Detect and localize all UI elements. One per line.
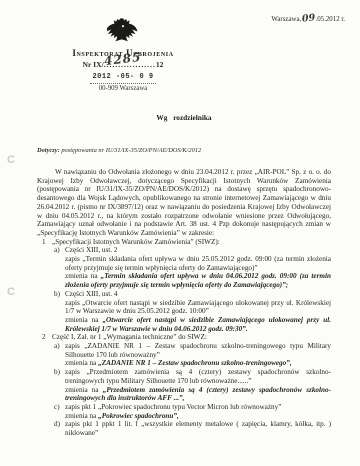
item-zapis: zapis pkt 1 „Pokrowiec spadochronu typu … — [65, 403, 331, 412]
item-change: zmienia na „Termin składania ofert upływ… — [65, 272, 331, 289]
section-2: 2 Część I, Zał. nr 1 „Wymagania technicz… — [37, 333, 331, 437]
list-item-1b: b) Części XIII, ust. 4 zapis „Otwarcie o… — [54, 290, 331, 334]
item-letter: d) — [54, 420, 65, 437]
item-head: Części XIII, ust. 4 — [65, 290, 331, 299]
section-title: Część I, Zał. nr 1 „Wymagania techniczne… — [52, 333, 331, 342]
document-page: Inspektorat Uzbrojenia Nr IX/...........… — [0, 0, 360, 466]
dotted-rule — [90, 83, 156, 84]
scan-hole-mark: C — [7, 286, 15, 298]
item-zapis: zapis pkt 1 ppkt 1 lit. f „wszystkie ele… — [65, 420, 331, 437]
item-change: zmienia na „Otwarcie ofert nastąpi w sie… — [65, 316, 331, 333]
item-letter: b) — [54, 368, 65, 403]
section-number: 1 — [37, 238, 52, 334]
date-stamp: 2012 -05- 0 9 — [28, 73, 218, 81]
list-item-1a: a) Części XIII, ust. 2 zapis „Termin skł… — [54, 246, 331, 290]
item-zapis: zapis „Termin składania ofert upływa w d… — [65, 255, 331, 272]
handwritten-day: 09 — [302, 12, 316, 24]
item-head: Części XIII, ust. 2 — [65, 246, 331, 255]
dateline-rest: .05.2012 r. — [316, 16, 345, 23]
list-item-2b: b) zapis „Przedmiotem zamówienia są 4 (c… — [54, 368, 331, 403]
scan-hole-mark: C — [7, 154, 15, 166]
letterhead: Inspektorat Uzbrojenia Nr IX/...........… — [28, 17, 218, 92]
intro-paragraph: W nawiązaniu do Odwołania złożonego w dn… — [37, 168, 331, 238]
polish-eagle-icon — [28, 17, 218, 47]
item-change: zmienia na „Przedmiotem zamówienia są 4 … — [65, 386, 331, 403]
subject-line: Dotyczy: postępowania nr IU/31/IX-35/ZO/… — [37, 147, 201, 154]
list-item-2a: a) zapis „ZADANIE NR 1 – Zestaw spadochr… — [54, 342, 331, 368]
distribution-line: Wg rozdzielnika — [37, 113, 331, 122]
city-date-line: Warszawa,09.05.2012 r. — [271, 13, 345, 24]
item-letter: c) — [54, 403, 65, 420]
item-letter: a) — [54, 246, 65, 290]
item-zapis: zapis „ZADANIE NR 1 – Zestaw spadochronu… — [65, 342, 331, 359]
reference-suffix: 12 — [156, 60, 164, 69]
list-item-2d: d) zapis pkt 1 ppkt 1 lit. f „wszystkie … — [54, 420, 331, 437]
reference-number-line: Nr IX/..................124285 — [28, 60, 218, 69]
subject-label: Dotyczy: — [37, 147, 60, 154]
letter-body: W nawiązaniu do Odwołania złożonego w dn… — [37, 168, 331, 438]
item-change: zmienia na „ZADANIE NR 1 – Zestaw spadoc… — [65, 359, 331, 368]
postal-address: 00-909 Warszawa — [28, 85, 218, 92]
section-number: 2 — [37, 333, 52, 437]
item-letter: a) — [54, 342, 65, 368]
reference-prefix: Nr IX/ — [83, 60, 104, 69]
section-title: „Specyfikacji Istotnych Warunków Zamówie… — [52, 238, 331, 247]
item-change: zmienia na „Pokrowiec spadochronu”, — [65, 412, 331, 421]
item-zapis: zapis „Otwarcie ofert nastąpi w siedzibi… — [65, 299, 331, 316]
list-item-2c: c) zapis pkt 1 „Pokrowiec spadochronu ty… — [54, 403, 331, 420]
dateline-city: Warszawa, — [271, 16, 301, 23]
item-letter: b) — [54, 290, 65, 334]
item-zapis: zapis „Przedmiotem zamówienia są 4 (czte… — [65, 368, 331, 385]
section-1: 1 „Specyfikacji Istotnych Warunków Zamów… — [37, 238, 331, 334]
subject-text: postępowania nr IU/31/IX-35/ZO/PN/AE/DOS… — [61, 147, 201, 154]
